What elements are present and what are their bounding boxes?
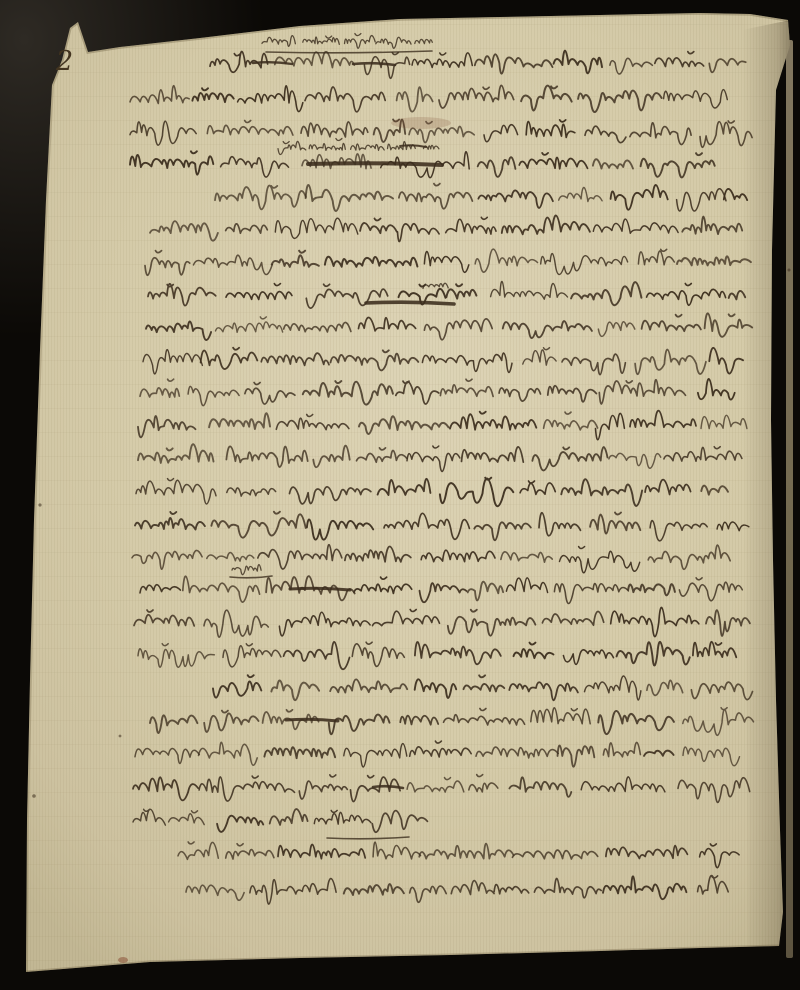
strikethrough-mark	[366, 302, 454, 304]
page-number: 2	[55, 46, 73, 77]
ink-speck	[119, 735, 122, 738]
ink-speck	[38, 503, 41, 506]
strikethrough-mark	[308, 163, 442, 165]
scan-canvas: 2	[0, 0, 800, 990]
ink-speck	[788, 269, 791, 272]
ink-blot	[118, 957, 128, 963]
book-fore-edge	[786, 40, 793, 958]
strikethrough-mark	[286, 719, 338, 721]
ink-blot	[391, 117, 451, 129]
manuscript-scan: 2	[0, 0, 800, 990]
strikethrough-mark	[290, 588, 350, 590]
paper-texture	[0, 0, 800, 990]
ink-speck	[32, 794, 36, 798]
